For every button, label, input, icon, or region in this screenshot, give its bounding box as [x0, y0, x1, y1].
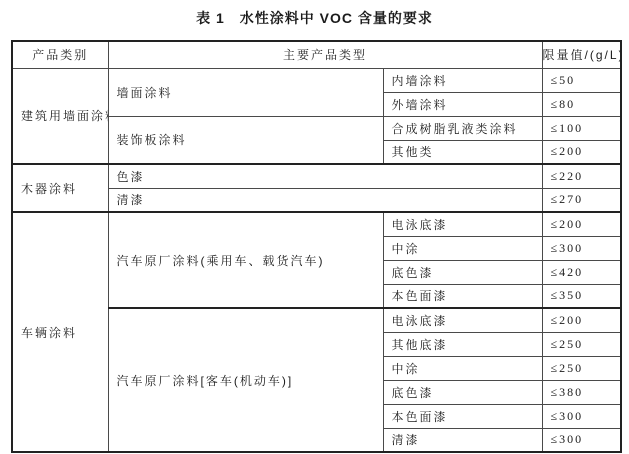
limit-cell: ≤420 — [542, 260, 621, 284]
limit-cell: ≤200 — [542, 212, 621, 236]
table-row: 车辆涂料 汽车原厂涂料(乘用车、载货汽车) 电泳底漆 ≤200 — [12, 212, 621, 236]
header-main-type: 主要产品类型 — [108, 41, 542, 68]
table-row: 木器涂料 色漆 ≤220 — [12, 164, 621, 188]
voc-limits-table: 产品类别 主要产品类型 限量值/(g/L) 建筑用墙面涂料 墙面涂料 内墙涂料 … — [11, 40, 622, 453]
limit-cell: ≤200 — [542, 140, 621, 164]
type-cell: 外墙涂料 — [383, 92, 542, 116]
table-row: 建筑用墙面涂料 墙面涂料 内墙涂料 ≤50 — [12, 68, 621, 92]
subcategory-cell-decor-panel: 装饰板涂料 — [108, 116, 383, 164]
type-cell: 本色面漆 — [383, 404, 542, 428]
type-cell: 本色面漆 — [383, 284, 542, 308]
header-category: 产品类别 — [12, 41, 108, 68]
limit-cell: ≤250 — [542, 356, 621, 380]
limit-cell: ≤200 — [542, 308, 621, 332]
subcategory-cell-wall: 墙面涂料 — [108, 68, 383, 116]
limit-cell: ≤300 — [542, 404, 621, 428]
category-cell-vehicle: 车辆涂料 — [12, 212, 108, 452]
type-cell: 内墙涂料 — [383, 68, 542, 92]
limit-cell: ≤270 — [542, 188, 621, 212]
document-page: 表 1 水性涂料中 VOC 含量的要求 产品类别 主要产品类型 限量值/(g/L… — [0, 0, 629, 454]
type-cell: 清漆 — [108, 188, 542, 212]
subcategory-cell-auto-oem-bus: 汽车原厂涂料[客车(机动车)] — [108, 308, 383, 452]
limit-cell: ≤300 — [542, 236, 621, 260]
type-cell: 清漆 — [383, 428, 542, 452]
subcategory-cell-auto-oem-passenger: 汽车原厂涂料(乘用车、载货汽车) — [108, 212, 383, 308]
limit-cell: ≤80 — [542, 92, 621, 116]
type-cell: 色漆 — [108, 164, 542, 188]
table-header-row: 产品类别 主要产品类型 限量值/(g/L) — [12, 41, 621, 68]
type-cell: 底色漆 — [383, 380, 542, 404]
limit-cell: ≤380 — [542, 380, 621, 404]
type-cell: 其他类 — [383, 140, 542, 164]
type-cell: 中涂 — [383, 356, 542, 380]
category-cell-wood: 木器涂料 — [12, 164, 108, 212]
limit-cell: ≤50 — [542, 68, 621, 92]
category-cell-building: 建筑用墙面涂料 — [12, 68, 108, 164]
type-cell: 中涂 — [383, 236, 542, 260]
header-limit: 限量值/(g/L) — [542, 41, 621, 68]
type-cell: 电泳底漆 — [383, 308, 542, 332]
limit-cell: ≤100 — [542, 116, 621, 140]
table-title: 表 1 水性涂料中 VOC 含量的要求 — [0, 8, 629, 28]
limit-cell: ≤250 — [542, 332, 621, 356]
type-cell: 合成树脂乳液类涂料 — [383, 116, 542, 140]
limit-cell: ≤300 — [542, 428, 621, 452]
limit-cell: ≤220 — [542, 164, 621, 188]
type-cell: 电泳底漆 — [383, 212, 542, 236]
type-cell: 底色漆 — [383, 260, 542, 284]
type-cell: 其他底漆 — [383, 332, 542, 356]
limit-cell: ≤350 — [542, 284, 621, 308]
